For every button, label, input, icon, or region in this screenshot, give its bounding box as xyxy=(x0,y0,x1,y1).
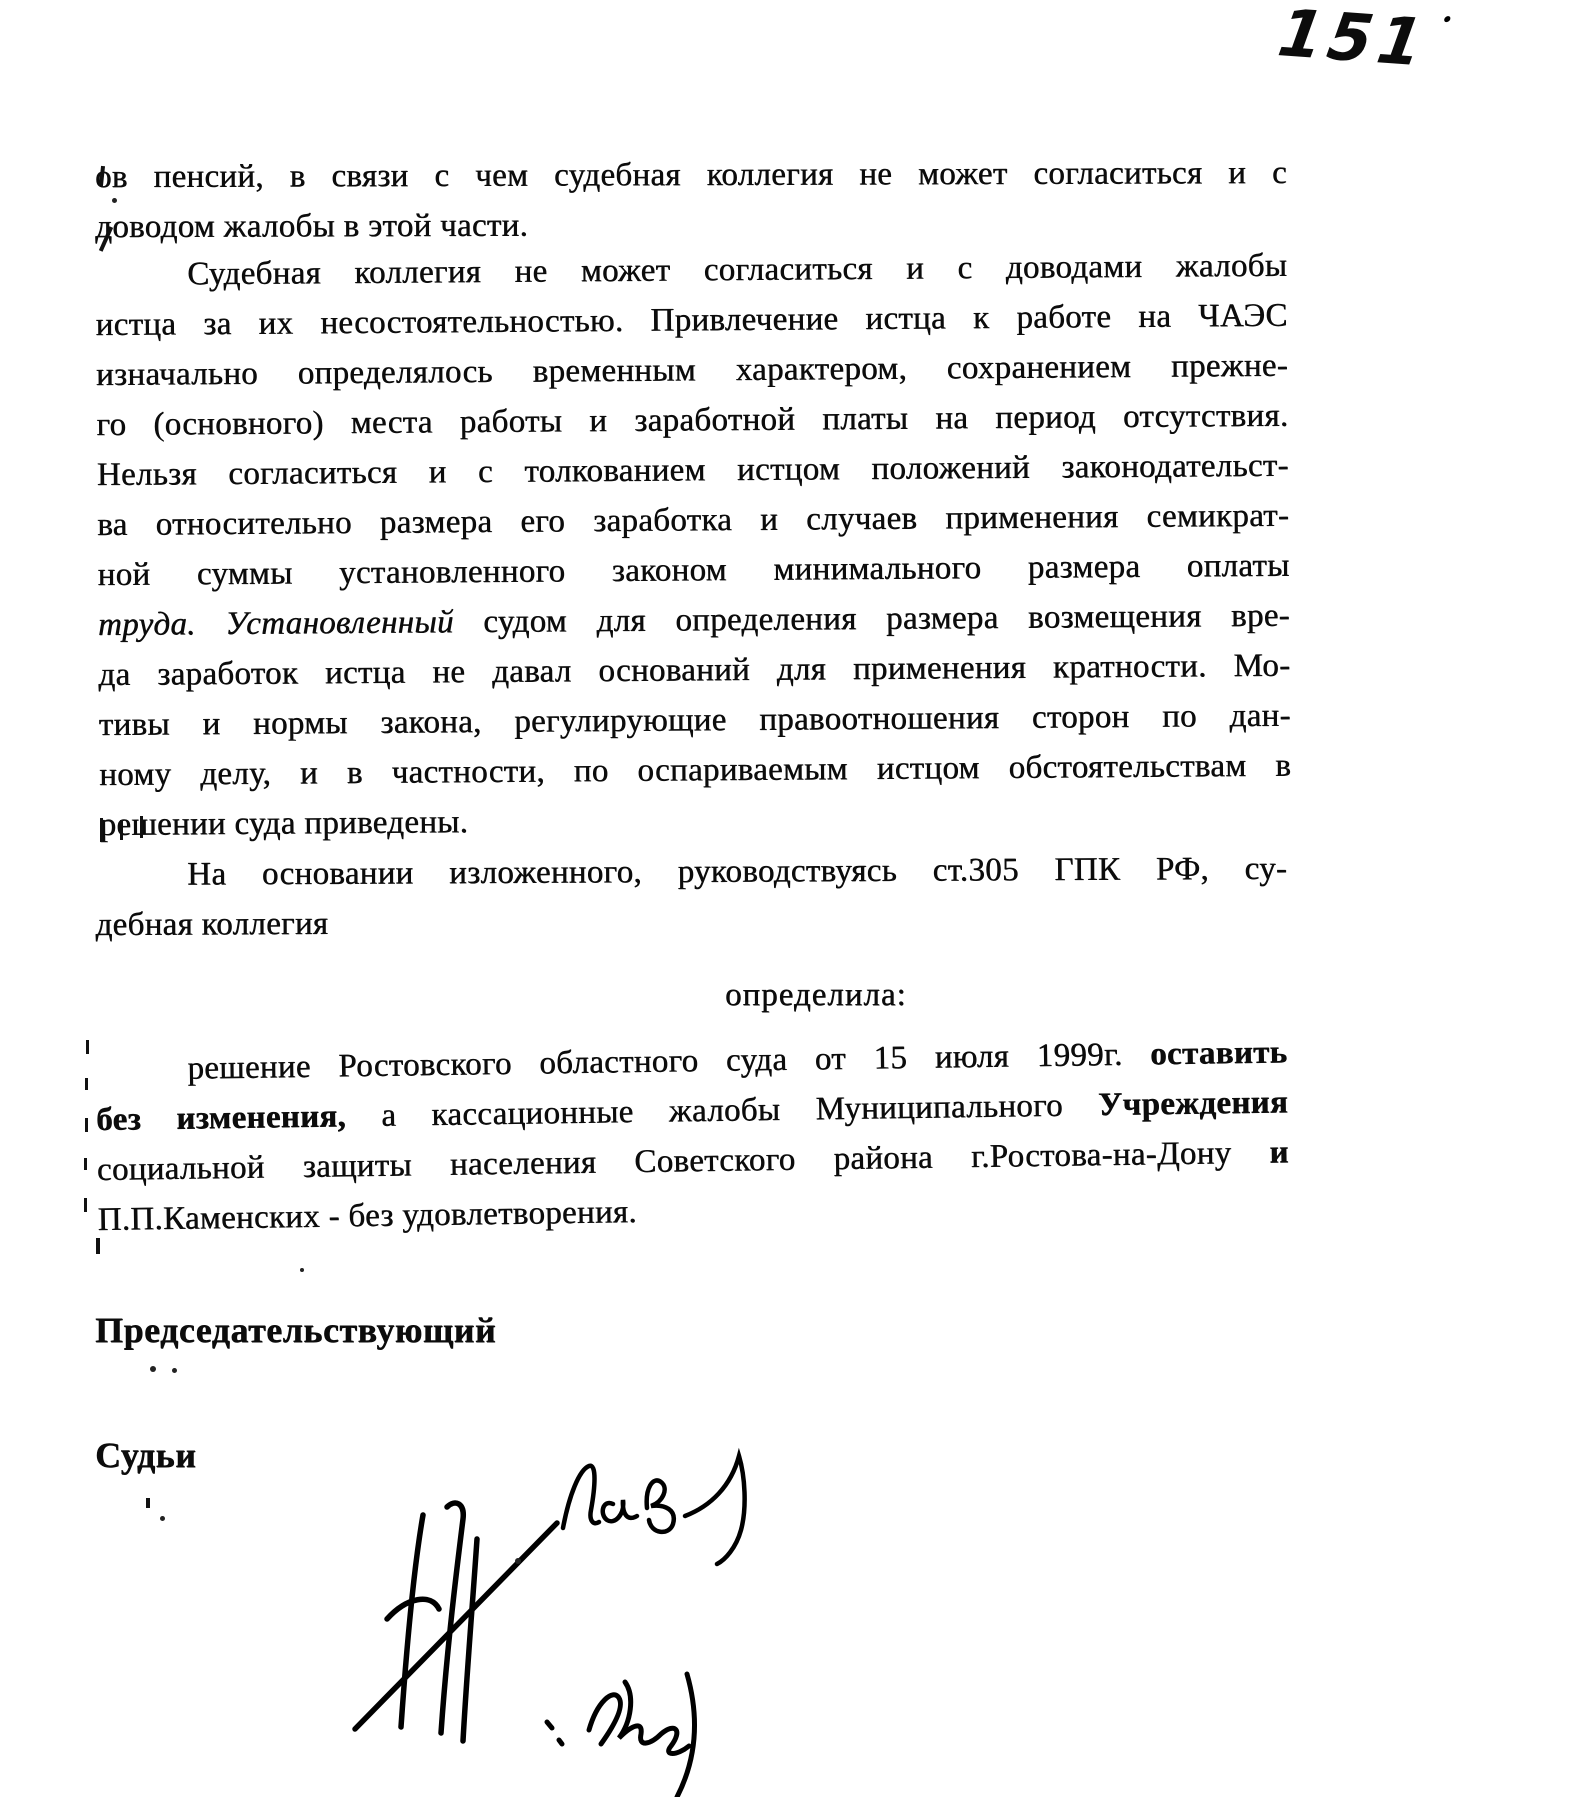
scan-artifact xyxy=(85,1118,88,1132)
scan-artifact xyxy=(515,1558,521,1564)
paragraph-legal-basis: На основании изложенного, руководствуясь… xyxy=(95,844,1288,950)
body-line: ному делу, и в частности, по оспариваемы… xyxy=(99,741,1291,800)
scan-artifact xyxy=(112,198,117,203)
scan-artifact xyxy=(84,1198,87,1212)
scan-artifact xyxy=(86,1040,89,1054)
document-text: ов пенсий, в связи с чем судебная коллег… xyxy=(95,150,1287,1480)
scan-artifact xyxy=(85,1078,88,1090)
scan-artifact xyxy=(84,1158,87,1170)
chairman-label: Председательствующий xyxy=(95,1305,1287,1355)
text-fragment: а кассационные жалобы Муниципального xyxy=(346,1087,1099,1134)
handwritten-page-number: 151 xyxy=(1266,0,1441,81)
paragraph-continuation: ов пенсий, в связи с чем судебная коллег… xyxy=(95,148,1287,252)
scan-artifact xyxy=(300,1268,304,1272)
scan-artifact xyxy=(160,1516,165,1521)
scan-artifact xyxy=(120,820,123,840)
scanned-court-document-page: 151 ов пенсий, в связи с чем судебная ко… xyxy=(0,0,1569,1797)
body-line: решении суда приведены. xyxy=(99,791,1291,850)
scan-artifact xyxy=(150,1366,156,1372)
bold-fragment: оставить xyxy=(1150,1034,1288,1072)
page-number: 151 xyxy=(1266,0,1441,81)
ruling-word: определила: xyxy=(95,970,1287,1020)
body-line: ов пенсий, в связи с чем судебная коллег… xyxy=(95,148,1287,202)
paragraph-arguments: Судебная коллегия не может согласиться и… xyxy=(95,241,1292,850)
bold-fragment: Учреждения xyxy=(1098,1084,1288,1123)
bold-fragment: и xyxy=(1269,1134,1289,1170)
scan-artifact xyxy=(140,816,143,838)
italic-fragment: труда. Установленный xyxy=(98,604,454,643)
paragraph-decision: решение Ростовского областного суда от 1… xyxy=(95,1027,1290,1245)
bold-fragment: без изменения, xyxy=(96,1098,346,1138)
body-line: дебная коллегия xyxy=(95,894,1287,950)
text-fragment: судом для определения размера возмещения… xyxy=(454,598,1290,641)
scan-artifact xyxy=(100,818,103,842)
judge-signature-2 xyxy=(535,1638,775,1797)
scan-artifact xyxy=(146,1498,150,1508)
body-line: На основании изложенного, руководствуясь… xyxy=(95,844,1287,900)
text-fragment: решение Ростовского областного суда от 1… xyxy=(187,1036,1150,1086)
text-fragment: социальной защиты населения Советского р… xyxy=(97,1135,1270,1188)
scan-artifact xyxy=(96,1238,100,1254)
scan-artifact xyxy=(172,1368,177,1373)
